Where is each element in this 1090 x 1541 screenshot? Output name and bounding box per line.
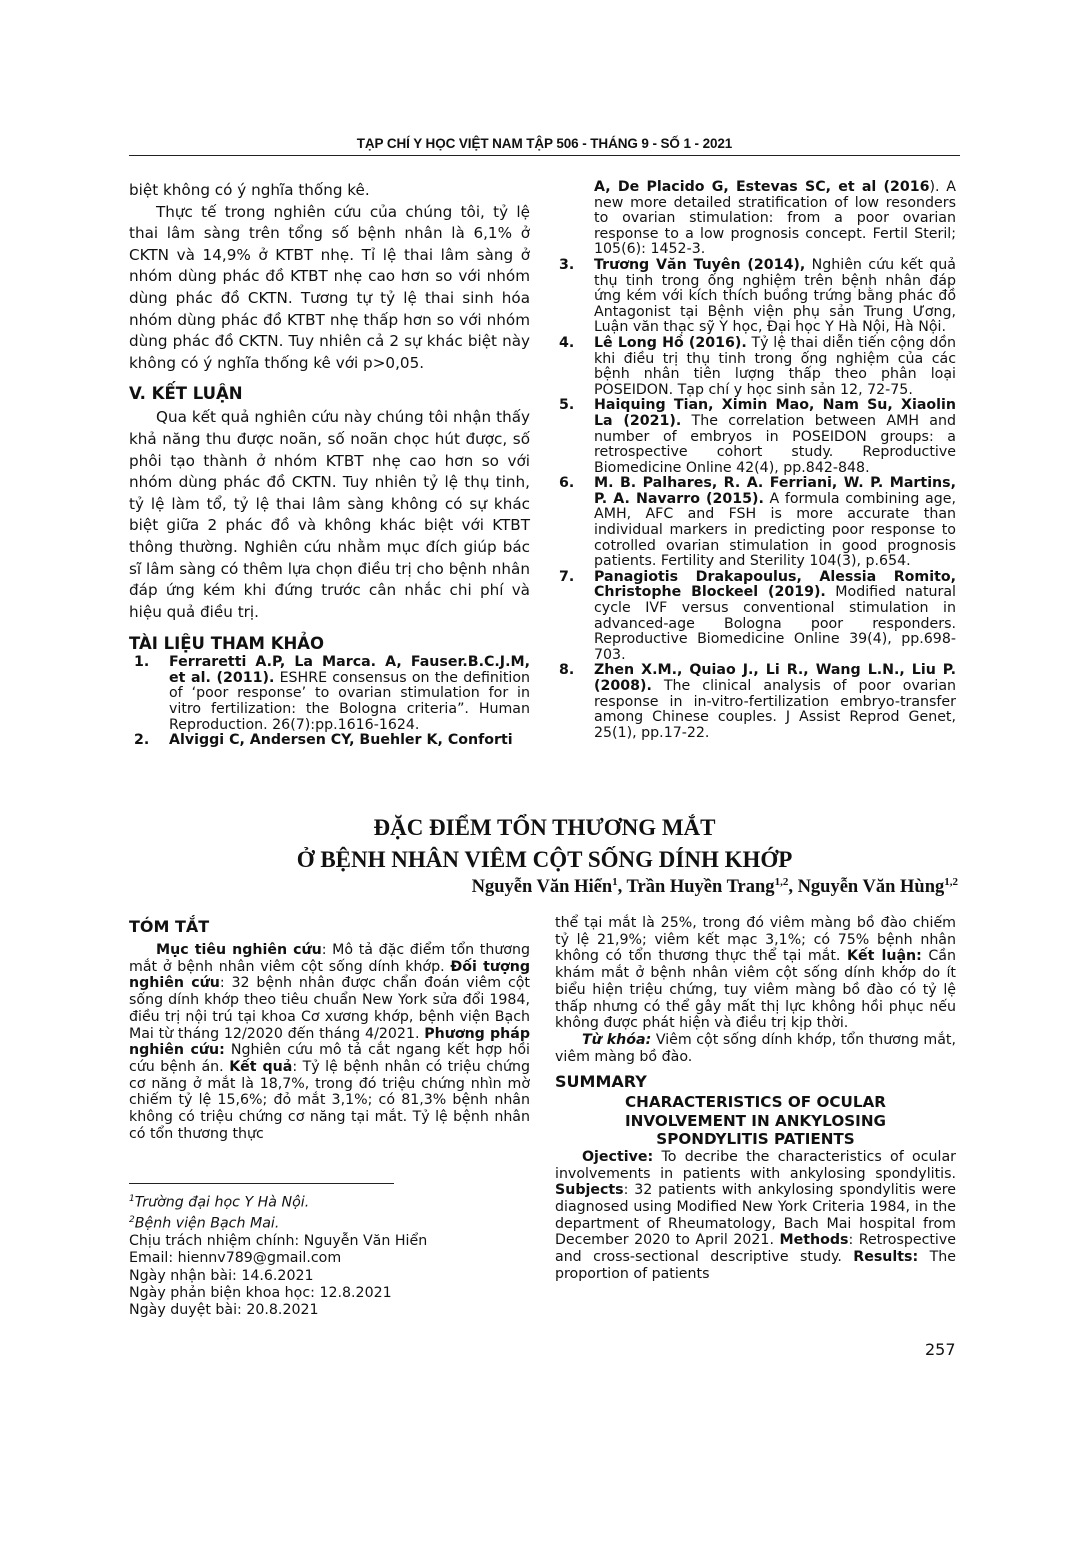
abstract-vi-left-column: TÓM TẮT Mục tiêu nghiên cứu: Mô tả đặc đ… <box>129 916 530 1142</box>
reference-number: 8. <box>559 663 574 679</box>
footnote-affiliation-2: 2Bệnh viện Bạch Mai. <box>129 1212 427 1233</box>
article-authors: Nguyễn Văn Hiển1, Trần Huyền Trang1,2, N… <box>472 876 958 898</box>
reference-item-continued: A, De Placido G, Estevas SC, et al (2016… <box>554 180 956 258</box>
keywords-paragraph: Từ khóa: Viêm cột sống dính khớp, tổn th… <box>555 1032 956 1065</box>
author-separator: , <box>788 877 797 897</box>
label-conclusion: Kết luận: <box>847 948 922 964</box>
footnote-accepted-date: Ngày duyệt bài: 20.8.2021 <box>129 1302 427 1319</box>
prev-article-right-column: A, De Placido G, Estevas SC, et al (2016… <box>554 180 956 741</box>
label-methods-en: Methods <box>779 1232 848 1248</box>
footnote-received-date: Ngày nhận bài: 14.6.2021 <box>129 1268 427 1285</box>
reference-item: 6.M. B. Palhares, R. A. Ferriani, W. P. … <box>554 476 956 570</box>
label-results: Kết quả <box>229 1059 292 1075</box>
footnote-text: Bệnh viện Bạch Mai. <box>135 1216 280 1232</box>
journal-header: TẠP CHÍ Y HỌC VIỆT NAM TẬP 506 - THÁNG 9… <box>129 136 960 156</box>
label-results-en: Results: <box>853 1249 918 1265</box>
reference-authors: Alviggi C, Andersen CY, Buehler K, Confo… <box>169 732 513 748</box>
abstract-paragraph-continued: thể tại mắt là 25%, trong đó viêm màng b… <box>555 915 956 1032</box>
reference-number: 2. <box>134 733 149 749</box>
article-title-line-1: ĐẶC ĐIỂM TỔN THƯƠNG MẮT <box>129 812 960 844</box>
reference-authors: Trương Văn Tuyên (2014), <box>594 257 805 273</box>
reference-item: 3.Trương Văn Tuyên (2014), Nghiên cứu kế… <box>554 258 956 336</box>
footnote-corresponding-author: Chịu trách nhiệm chính: Nguyễn Văn Hiển <box>129 1233 427 1250</box>
footnote-affiliation-1: 1Trường đại học Y Hà Nội. <box>129 1191 427 1212</box>
author-name: Trần Huyền Trang <box>627 877 775 897</box>
reference-item: 8.Zhen X.M., Quiao J., Li R., Wang L.N.,… <box>554 663 956 741</box>
paragraph: Thực tế trong nghiên cứu của chúng tôi, … <box>129 202 530 375</box>
label-keywords: Từ khóa: <box>582 1032 651 1048</box>
abstract-paragraph: Mục tiêu nghiên cứu: Mô tả đặc điểm tổn … <box>129 942 530 1142</box>
reference-item: 5.Haiquing Tian, Ximin Mao, Nam Su, Xiao… <box>554 398 956 476</box>
article-title-line-2: Ở BỆNH NHÂN VIÊM CỘT SỐNG DÍNH KHỚP <box>129 844 960 876</box>
footnote-text: Trường đại học Y Hà Nội. <box>135 1195 310 1211</box>
section-heading-references: TÀI LIỆU THAM KHẢO <box>129 633 530 655</box>
reference-item: 2.Alviggi C, Andersen CY, Buehler K, Con… <box>129 733 530 749</box>
reference-number: 3. <box>559 258 574 274</box>
abstract-right-column: thể tại mắt là 25%, trong đó viêm màng b… <box>555 915 956 1282</box>
summary-title-line-2: INVOLVEMENT IN ANKYLOSING <box>555 1112 956 1131</box>
reference-item: 1.Ferraretti A.P, La Marca. A, Fauser.B.… <box>129 655 530 733</box>
footnote-email: Email: hiennv789@gmail.com <box>129 1250 427 1267</box>
author-name: Nguyễn Văn Hùng <box>798 877 945 897</box>
reference-number: 1. <box>134 655 149 671</box>
author-affiliation: 1,2 <box>775 876 789 888</box>
section-heading-abstract: TÓM TẮT <box>129 916 530 938</box>
section-heading-conclusion: V. KẾT LUẬN <box>129 383 530 405</box>
author-name: Nguyễn Văn Hiển <box>472 877 613 897</box>
reference-item: 4.Lê Long Hồ (2016). Tỷ lệ thai diễn tiế… <box>554 336 956 398</box>
label-subjects-en: Subjects <box>555 1182 624 1198</box>
author-separator: , <box>618 877 627 897</box>
reference-number: 5. <box>559 398 574 414</box>
paragraph: Qua kết quả nghiên cứu này chúng tôi nhậ… <box>129 407 530 623</box>
prev-article-left-column: biệt không có ý nghĩa thống kê. Thực tế … <box>129 180 530 749</box>
reference-number: 4. <box>559 336 574 352</box>
reference-authors: Lê Long Hồ (2016). <box>594 335 747 351</box>
summary-paragraph: Ojective: To decribe the characteristics… <box>555 1149 956 1283</box>
label-objective-en: Ojective: <box>582 1149 653 1165</box>
footnote-review-date: Ngày phản biện khoa học: 12.8.2021 <box>129 1285 427 1302</box>
section-heading-summary: SUMMARY <box>555 1071 956 1093</box>
reference-authors: A, De Placido G, Estevas SC, et al (2016 <box>594 179 929 195</box>
paragraph: biệt không có ý nghĩa thống kê. <box>129 180 530 202</box>
footnote-rule <box>129 1183 394 1184</box>
footnotes: 1Trường đại học Y Hà Nội. 2Bệnh viện Bạc… <box>129 1191 427 1320</box>
reference-number: 7. <box>559 570 574 586</box>
author-affiliation: 1,2 <box>944 876 958 888</box>
label-objective: Mục tiêu nghiên cứu <box>156 942 322 958</box>
reference-number: 6. <box>559 476 574 492</box>
page-number: 257 <box>925 1340 956 1359</box>
reference-item: 7.Panagiotis Drakapoulus, Alessia Romito… <box>554 570 956 664</box>
summary-title-line-1: CHARACTERISTICS OF OCULAR <box>555 1093 956 1112</box>
summary-title-line-3: SPONDYLITIS PATIENTS <box>555 1130 956 1149</box>
